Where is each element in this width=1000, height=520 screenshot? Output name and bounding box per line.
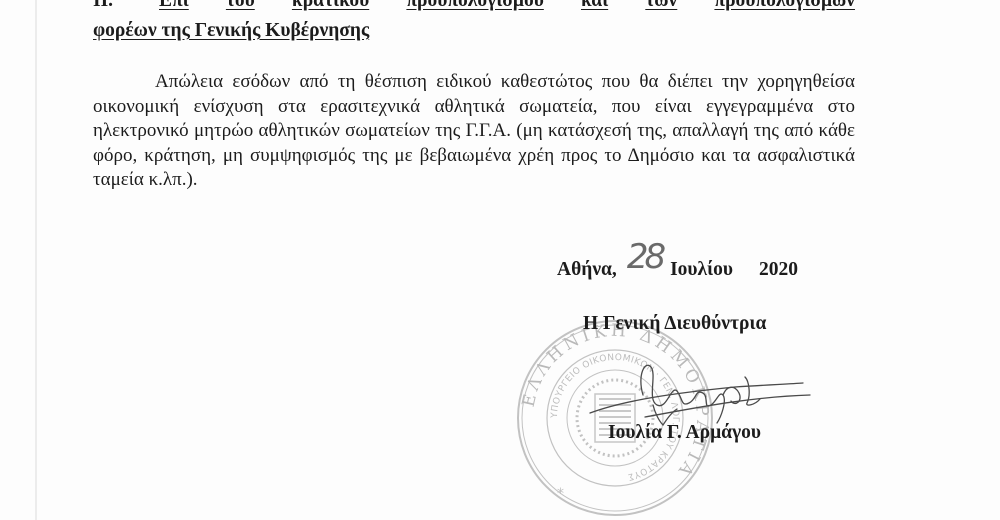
- date-line: Αθήνα, 28 Ιουλίου 2020: [557, 241, 798, 281]
- section-heading: ΙΙ. Επίτουκρατικούπροϋπολογισμούκαιτωνπρ…: [93, 0, 855, 46]
- date-year: 2020: [759, 259, 798, 281]
- date-month: Ιουλίου: [670, 259, 733, 281]
- svg-text:*: *: [557, 486, 564, 502]
- section-title-line-2: φορέων της Γενικής Κυβέρνησης: [93, 16, 855, 46]
- date-city: Αθήνα,: [557, 259, 617, 281]
- heading-word: προϋπολογισμού: [406, 0, 543, 16]
- signatory-title: Η Γενική Διευθύντρια: [583, 313, 766, 335]
- section-number: ΙΙ.: [93, 0, 159, 16]
- date-day-handwritten: 28: [627, 237, 662, 277]
- heading-word: κρατικού: [292, 0, 369, 16]
- heading-word: και: [581, 0, 608, 16]
- heading-word: του: [226, 0, 255, 16]
- heading-word: των: [645, 0, 677, 16]
- heading-word: Επί: [159, 0, 189, 16]
- signatory-name: Ιουλία Γ. Αρμάγου: [608, 422, 761, 444]
- page-edge: [35, 0, 37, 520]
- section-title-line-1: Επίτουκρατικούπροϋπολογισμούκαιτωνπροϋπο…: [159, 0, 855, 16]
- heading-word: προϋπολογισμών: [714, 0, 855, 16]
- body-paragraph: Απώλεια εσόδων από τη θέσπιση ειδικού κα…: [93, 70, 855, 193]
